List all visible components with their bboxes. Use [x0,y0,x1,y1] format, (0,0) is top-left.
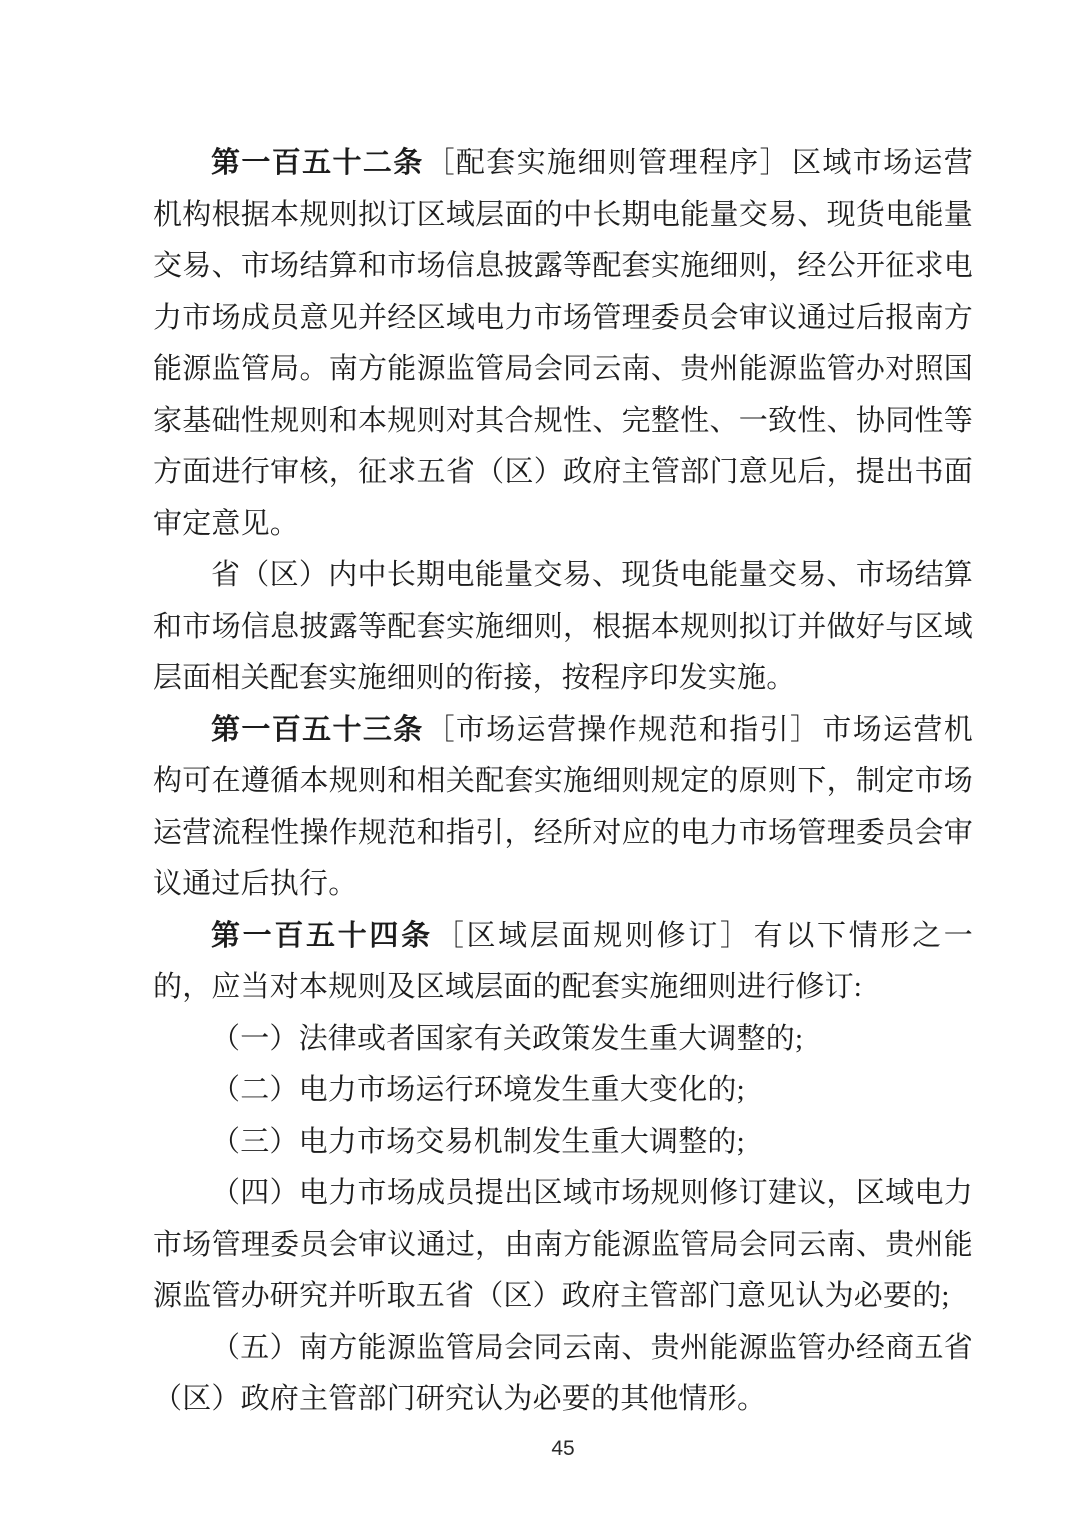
list-item-5: （五）南方能源监管局会同云南、贵州能源监管办经商五省（区）政府主管部门研究认为必… [153,1323,973,1426]
article-paragraph-153: 第一百五十三条［市场运营操作规范和指引］市场运营机构可在遵循本规则和相关配套实施… [153,705,973,911]
list-item-4: （四）电力市场成员提出区域市场规则修订建议，区域电力市场管理委员会审议通过，由南… [153,1168,973,1323]
article-number: 第一百五十二条 [211,147,424,179]
body-paragraph: 省（区）内中长期电能量交易、现货电能量交易、市场结算和市场信息披露等配套实施细则… [153,550,973,705]
page-number: 45 [551,1437,574,1460]
paragraph-text: 区域市场运营机构根据本规则拟订区域层面的中长期电能量交易、现货电能量交易、市场结… [153,147,973,540]
article-number: 第一百五十四条 [211,920,433,952]
paragraph-text: （二）电力市场运行环境发生重大变化的; [211,1074,745,1106]
paragraph-text: 省（区）内中长期电能量交易、现货电能量交易、市场结算和市场信息披露等配套实施细则… [153,559,973,694]
article-number: 第一百五十三条 [211,714,424,746]
paragraph-text: （一）法律或者国家有关政策发生重大调整的; [211,1023,803,1055]
list-item-1: （一）法律或者国家有关政策发生重大调整的; [153,1014,973,1066]
document-page: 第一百五十二条［配套实施细则管理程序］区域市场运营机构根据本规则拟订区域层面的中… [0,0,1080,1527]
article-title: ［配套实施细则管理程序］ [426,147,790,179]
list-item-2: （二）电力市场运行环境发生重大变化的; [153,1065,973,1117]
document-body: 第一百五十二条［配套实施细则管理程序］区域市场运营机构根据本规则拟订区域层面的中… [0,0,1080,1426]
list-item-3: （三）电力市场交易机制发生重大调整的; [153,1117,973,1169]
article-title: ［区域层面规则修订］ [435,920,752,952]
paragraph-text: （三）电力市场交易机制发生重大调整的; [211,1126,745,1158]
paragraph-text: （五）南方能源监管局会同云南、贵州能源监管办经商五省（区）政府主管部门研究认为必… [153,1332,973,1416]
article-paragraph-152: 第一百五十二条［配套实施细则管理程序］区域市场运营机构根据本规则拟订区域层面的中… [153,138,973,550]
article-title: ［市场运营操作规范和指引］ [426,714,821,746]
page-footer: 45 [153,1437,973,1461]
paragraph-text: （四）电力市场成员提出区域市场规则修订建议，区域电力市场管理委员会审议通过，由南… [153,1177,973,1312]
article-paragraph-154: 第一百五十四条［区域层面规则修订］有以下情形之一的，应当对本规则及区域层面的配套… [153,911,973,1014]
